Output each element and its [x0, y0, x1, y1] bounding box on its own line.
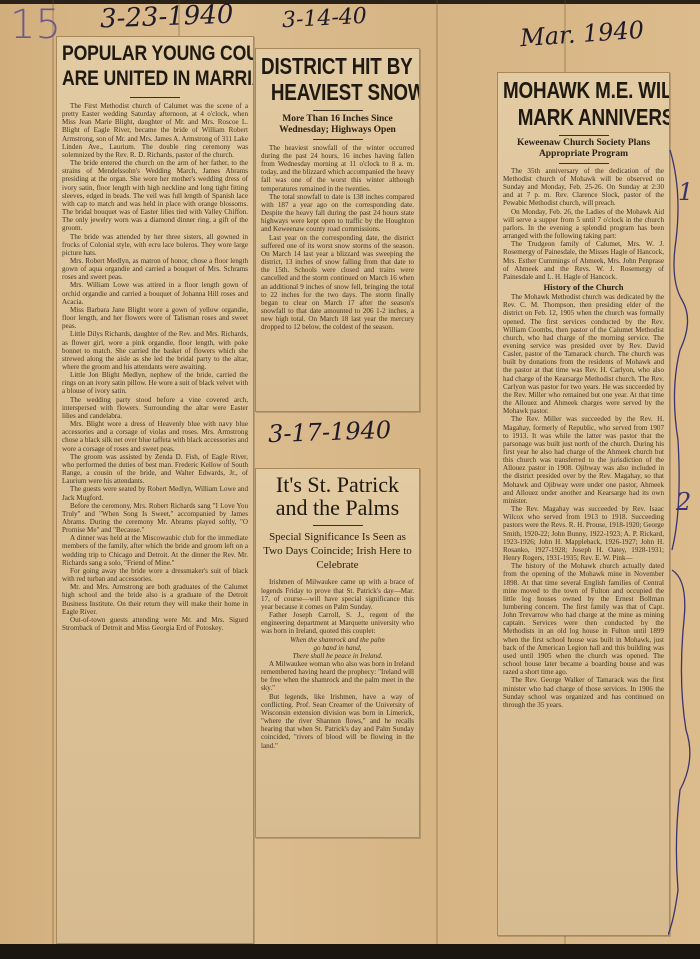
paragraph: The history of the Mohawk church actuall… — [503, 562, 664, 676]
paragraph: Last year on the corresponding date, the… — [261, 234, 414, 332]
rule — [313, 139, 363, 140]
mohawk-headline: MOHAWK M.E. WILL MARK ANNIVERSARY — [503, 79, 635, 129]
paragraph: For going away the bride wore a dressmak… — [62, 567, 248, 583]
page-number: 15 — [10, 2, 61, 48]
clipping-snowfall: DISTRICT HIT BY HEAVIEST SNOWFALL More T… — [255, 48, 420, 412]
paragraph: Little Dilys Richards, daughter of the R… — [62, 330, 248, 371]
paragraph: The Rev. George Walker of Tamarack was t… — [503, 676, 664, 709]
snowfall-body: The heaviest snowfall of the winter occu… — [261, 144, 414, 332]
rule — [313, 525, 363, 526]
wedding-body: The First Methodist church of Calumet wa… — [62, 102, 248, 632]
st-patrick-deck: Special Significance Is Seen as Two Days… — [261, 531, 414, 572]
paragraph: The Trudgeon family of Calumet, Mrs. W. … — [503, 240, 664, 281]
subhead: History of the Church — [503, 282, 664, 292]
paragraph: The heaviest snowfall of the winter occu… — [261, 144, 414, 193]
paragraph: The Rev. Magahay was succeeded by Rev. I… — [503, 505, 664, 562]
headline-line: DISTRICT HIT BY — [261, 55, 386, 78]
rule — [313, 110, 363, 111]
paragraph: Mrs. William Lowe was attired in a floor… — [62, 281, 248, 305]
date-note: 3-14-40 — [281, 4, 367, 33]
margin-mark: 1 — [678, 178, 693, 206]
paragraph: Miss Barbara Jane Blight wore a gown of … — [62, 306, 248, 330]
st-patrick-headline: It's St. Patrick and the Palms — [261, 473, 414, 519]
rule — [559, 163, 609, 164]
headline-line: It's St. Patrick — [261, 473, 414, 496]
paragraph: Irishmen of Milwaukee came up with a bra… — [261, 578, 414, 611]
paragraph: The guests were seated by Robert Medlyn,… — [62, 485, 248, 501]
paragraph: Mr. and Mrs. Armstrong are both graduate… — [62, 583, 248, 616]
clipping-mohawk: MOHAWK M.E. WILL MARK ANNIVERSARY Keween… — [497, 72, 670, 936]
snowfall-headline: DISTRICT HIT BY HEAVIEST SNOWFALL — [261, 55, 386, 104]
paragraph: Before the ceremony, Mrs. Robert Richard… — [62, 502, 248, 535]
paragraph: Mrs. Robert Medlyn, as matron of honor, … — [62, 257, 248, 281]
rule — [130, 97, 180, 98]
paragraph: Mrs. Blight wore a dress of Heavenly blu… — [62, 420, 248, 453]
bottom-edge — [0, 944, 700, 959]
paragraph: On Monday, Feb. 26, the Ladies of the Mo… — [503, 208, 664, 241]
headline-line: ARE UNITED IN MARRIAGE — [62, 68, 215, 90]
paragraph: A dinner was held at the Miscowaubic clu… — [62, 534, 248, 567]
paragraph: A Milwaukee woman who also was born in I… — [261, 660, 414, 693]
st-patrick-body: Irishmen of Milwaukee came up with a bra… — [261, 578, 414, 749]
rule — [559, 135, 609, 136]
headline-line: and the Palms — [261, 496, 414, 519]
headline-line: HEAVIEST SNOWFALL — [261, 81, 386, 104]
paragraph: Little Jon Blight Medlyn, nephew of the … — [62, 371, 248, 395]
paragraph: Father Joseph Carroll, S. J., regent of … — [261, 611, 414, 635]
clipping-st-patrick: It's St. Patrick and the Palms Special S… — [255, 468, 420, 838]
page-fold — [52, 0, 54, 944]
paragraph: The groom was assisted by Zenda D. Fish,… — [62, 453, 248, 486]
date-note: 3-17-1940 — [268, 416, 392, 448]
snowfall-deck: More Than 16 Inches Since Wednesday; Hig… — [261, 114, 414, 136]
paragraph: The total snowfall to date is 138 inches… — [261, 193, 414, 234]
date-note: Mar. 1940 — [519, 16, 645, 53]
paragraph: The wedding party stood before a vine co… — [62, 396, 248, 420]
headline-line: MOHAWK M.E. WILL — [503, 79, 635, 102]
headline-line: POPULAR YOUNG COUPLE — [62, 43, 215, 65]
paragraph: But legends, like Irishmen, have a way o… — [261, 693, 414, 750]
paragraph: The 35th anniversary of the dedication o… — [503, 167, 664, 208]
headline-line: MARK ANNIVERSARY — [503, 106, 635, 129]
paragraph: The First Methodist church of Calumet wa… — [62, 102, 248, 159]
paragraph: The bride entered the church on the arm … — [62, 159, 248, 232]
clipping-wedding: POPULAR YOUNG COUPLE ARE UNITED IN MARRI… — [56, 36, 254, 944]
paragraph: The bride was attended by her three sist… — [62, 233, 248, 257]
date-note: 3-23-1940 — [100, 0, 234, 34]
poem-line: go hand in hand, — [261, 644, 414, 652]
margin-brace — [668, 150, 700, 940]
wedding-headline: POPULAR YOUNG COUPLE ARE UNITED IN MARRI… — [62, 43, 215, 89]
paragraph: The Mohawk Methodist church was dedicate… — [503, 293, 664, 415]
mohawk-deck: Keweenaw Church Society Plans Appropriat… — [503, 138, 664, 160]
poem-line: When the shamrock and the palm — [261, 636, 414, 644]
paragraph: The Rev. Miller was succeeded by the Rev… — [503, 415, 664, 505]
paragraph: Out-of-town guests attending were Mr. an… — [62, 616, 248, 632]
poem-line: There shall be peace in Ireland. — [261, 652, 414, 660]
mohawk-body: The 35th anniversary of the dedication o… — [503, 167, 664, 709]
margin-mark: 2 — [676, 488, 691, 516]
page-fold — [436, 0, 438, 944]
